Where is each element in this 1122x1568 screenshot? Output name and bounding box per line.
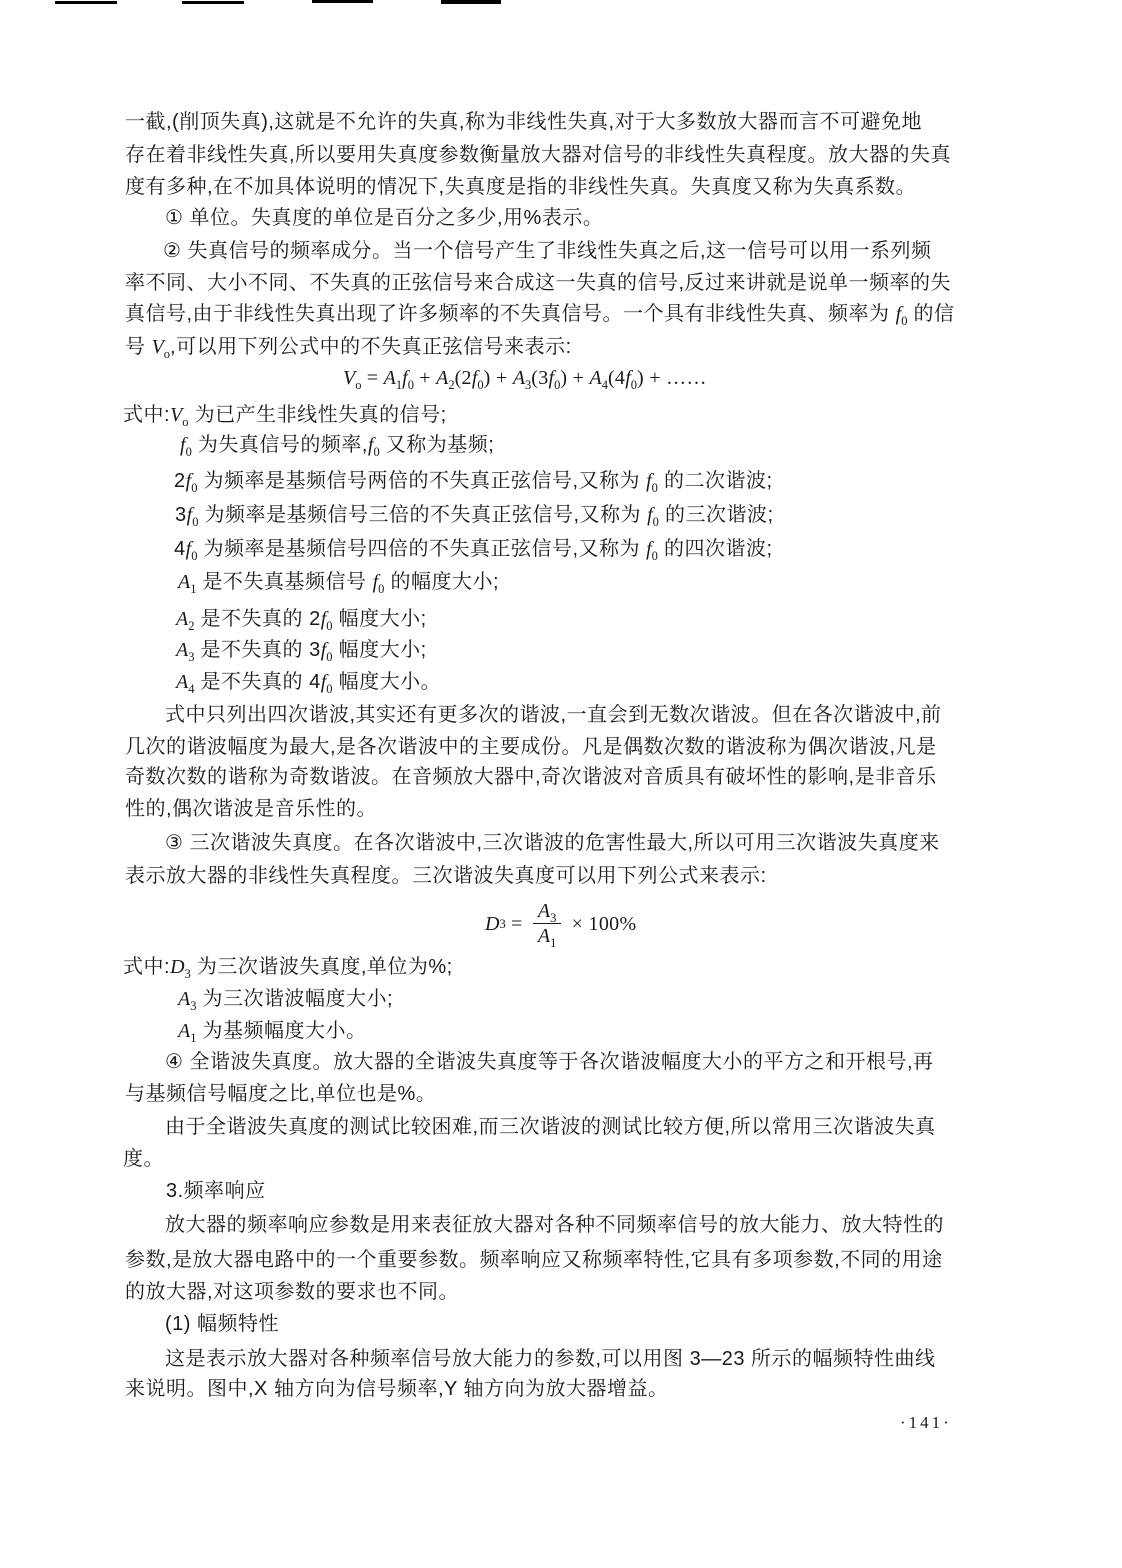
text-line: A1 是不失真基频信号 f0 的幅度大小; — [178, 570, 499, 594]
formula-line: D3 = A3A1 × 100% — [485, 900, 636, 947]
scan-artifact-bar — [182, 1, 244, 4]
text-line: 真信号,由于非线性失真出现了许多频率的不失真信号。一个具有非线性失真、频率为 f… — [125, 302, 955, 326]
text-line: A3 为三次谐波幅度大小; — [178, 987, 393, 1011]
text-line: 率不同、大小不同、不失真的正弦信号来合成这一失真的信号,反过来讲就是说单一频率的… — [125, 271, 951, 295]
text-line: 来说明。图中,X 轴方向为信号频率,Y 轴方向为放大器增益。 — [125, 1377, 669, 1401]
text-line: 与基频信号幅度之比,单位也是%。 — [125, 1082, 436, 1106]
fraction: A3A1 — [533, 900, 561, 947]
text-line: 奇数次数的谐称为奇数谐波。在音频放大器中,奇次谐波对音质具有破坏性的影响,是非音… — [125, 765, 937, 789]
text-line: f0 为失真信号的频率,f0 又称为基频; — [180, 433, 494, 457]
text-line: 2f0 为频率是基频信号两倍的不失真正弦信号,又称为 f0 的二次谐波; — [174, 469, 773, 493]
text-line: 4f0 为频率是基频信号四倍的不失真正弦信号,又称为 f0 的四次谐波; — [174, 537, 773, 561]
text-line: 度。 — [123, 1147, 164, 1171]
text-line: A2 是不失真的 2f0 幅度大小; — [176, 607, 427, 631]
text-line: ③ 三次谐波失真度。在各次谐波中,三次谐波的危害性最大,所以可用三次谐波失真度来 — [165, 831, 940, 855]
text-line: 式中只列出四次谐波,其实还有更多次的谐波,一直会到无数次谐波。但在各次谐波中,前 — [165, 703, 942, 727]
text-line: 度有多种,在不加具体说明的情况下,失真度是指的非线性失真。失真度又称为失真系数。 — [125, 175, 916, 199]
text-line: A3 是不失真的 3f0 幅度大小; — [176, 638, 427, 662]
text-line: 由于全谐波失真度的测试比较困难,而三次谐波的测试比较方便,所以常用三次谐波失真 — [165, 1115, 936, 1139]
text-line: 性的,偶次谐波是音乐性的。 — [125, 797, 377, 821]
formula-line: Vo = A1f0 + A2(2f0) + A3(3f0) + A4(4f0) … — [343, 366, 707, 390]
text-line: 参数,是放大器电路中的一个重要参数。频率响应又称频率特性,它具有多项参数,不同的… — [125, 1248, 943, 1272]
text-line: 表示放大器的非线性失真程度。三次谐波失真度可以用下列公式来表示: — [125, 864, 767, 888]
text-line: 几次的谐波幅度为最大,是各次谐波中的主要成份。凡是偶数次数的谐波称为偶次谐波,凡… — [125, 735, 937, 759]
scan-artifact-bar — [312, 0, 373, 3]
text-line: 一截,(削顶失真),这就是不允许的失真,称为非线性失真,对于大多数放大器而言不可… — [125, 110, 922, 134]
text-line: 这是表示放大器对各种频率信号放大能力的参数,可以用图 3—23 所示的幅频特性曲… — [165, 1347, 936, 1371]
text-line: ④ 全谐波失真度。放大器的全谐波失真度等于各次谐波幅度大小的平方之和开根号,再 — [165, 1050, 934, 1074]
text-line: A1 为基频幅度大小。 — [178, 1019, 367, 1043]
text-line: A4 是不失真的 4f0 幅度大小。 — [176, 670, 441, 694]
text-line: 3.频率响应 — [166, 1179, 266, 1203]
document-page: 一截,(削顶失真),这就是不允许的失真,称为非线性失真,对于大多数放大器而言不可… — [0, 0, 1122, 1568]
text-line: 号 Vo,可以用下列公式中的不失真正弦信号来表示: — [125, 335, 572, 359]
text-line: 放大器的频率响应参数是用来表征放大器对各种不同频率信号的放大能力、放大特性的 — [165, 1213, 944, 1237]
page-number: ·141· — [900, 1413, 952, 1433]
text-line: ① 单位。失真度的单位是百分之多少,用%表示。 — [165, 206, 603, 230]
text-line: 式中:Vo 为已产生非线性失真的信号; — [123, 403, 447, 427]
text-line: 的放大器,对这项参数的要求也不同。 — [125, 1280, 459, 1304]
text-line: 式中:D3 为三次谐波失真度,单位为%; — [123, 955, 453, 979]
scan-artifact-bar — [55, 1, 117, 4]
scan-artifact-bar — [441, 0, 501, 4]
text-line: (1) 幅频特性 — [165, 1312, 279, 1336]
text-line: 3f0 为频率是基频信号三倍的不失真正弦信号,又称为 f0 的三次谐波; — [175, 503, 774, 527]
text-line: 存在着非线性失真,所以要用失真度参数衡量放大器对信号的非线性失真程度。放大器的失… — [125, 143, 951, 167]
text-line: ② 失真信号的频率成分。当一个信号产生了非线性失真之后,这一信号可以用一系列频 — [163, 239, 932, 263]
